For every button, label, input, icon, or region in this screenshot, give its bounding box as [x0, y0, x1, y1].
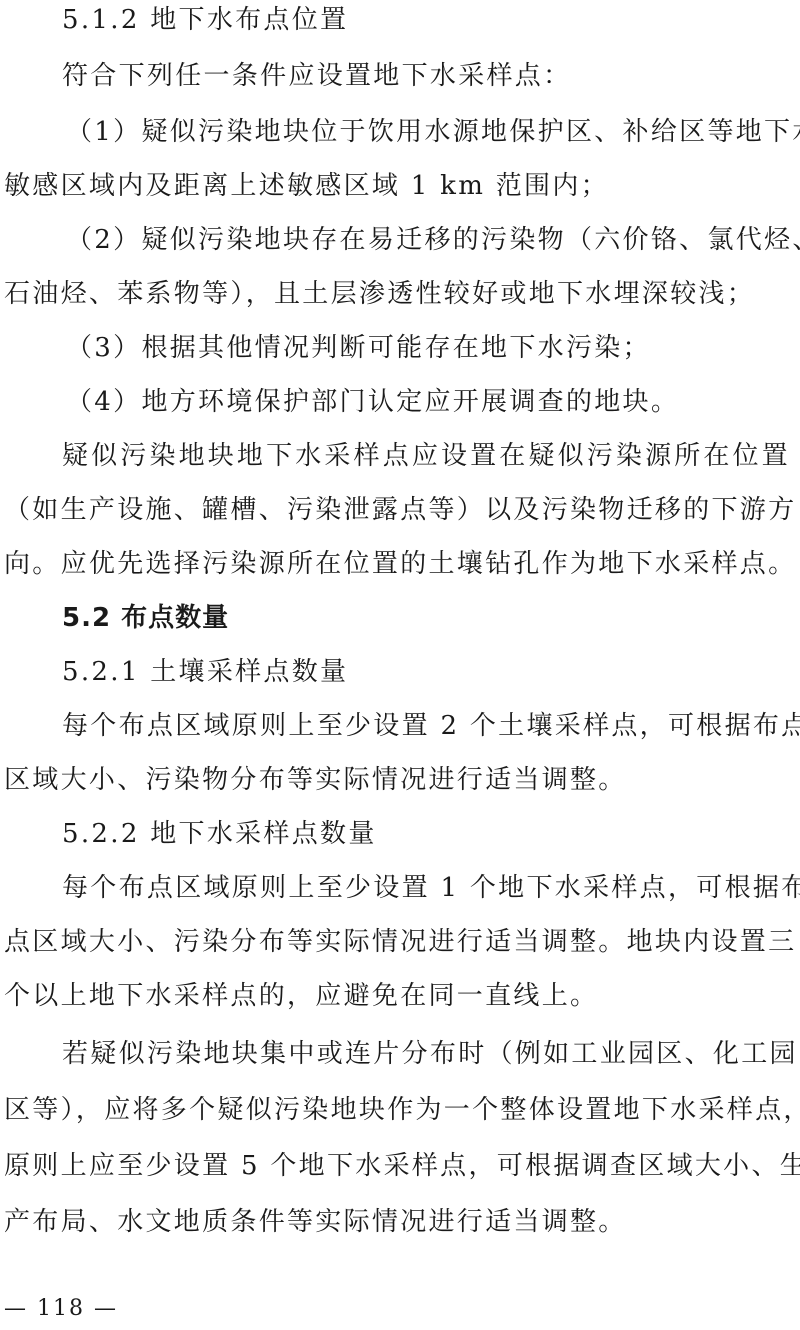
paragraph-line: （如生产设施、罐槽、污染泄露点等）以及污染物迁移的下游方	[4, 492, 794, 528]
paragraph-line: 区等），应将多个疑似污染地块作为一个整体设置地下水采样点，	[4, 1092, 794, 1128]
page-number: — 118 —	[4, 1294, 118, 1324]
paragraph-line: 产布局、水文地质条件等实际情况进行适当调整。	[4, 1204, 794, 1240]
list-item-1-line-1: （1）疑似污染地块位于饮用水源地保护区、补给区等地下水	[66, 114, 790, 150]
paragraph-line: 疑似污染地块地下水采样点应设置在疑似污染源所在位置	[62, 438, 790, 474]
paragraph-line: 每个布点区域原则上至少设置 1 个地下水采样点，可根据布	[62, 870, 790, 906]
section-heading-5-1-2: 5.1.2 地下水布点位置	[62, 2, 800, 38]
paragraph-line: 每个布点区域原则上至少设置 2 个土壤采样点，可根据布点	[62, 708, 790, 744]
paragraph-line: 点区域大小、污染分布等实际情况进行适当调整。地块内设置三	[4, 924, 794, 960]
document-page: 5.1.2 地下水布点位置 符合下列任一条件应设置地下水采样点： （1）疑似污染…	[0, 0, 800, 1330]
list-item-1-line-2: 敏感区域内及距离上述敏感区域 1 km 范围内；	[4, 168, 794, 204]
paragraph-line: 向。应优先选择污染源所在位置的土壤钻孔作为地下水采样点。	[4, 546, 794, 582]
paragraph-line: 原则上应至少设置 5 个地下水采样点，可根据调查区域大小、生	[4, 1148, 794, 1184]
list-item-4: （4）地方环境保护部门认定应开展调查的地块。	[66, 384, 800, 420]
paragraph-line: 个以上地下水采样点的，应避免在同一直线上。	[4, 978, 794, 1014]
section-intro: 符合下列任一条件应设置地下水采样点：	[62, 58, 800, 94]
list-item-3: （3）根据其他情况判断可能存在地下水污染；	[66, 330, 800, 366]
paragraph-line: 若疑似污染地块集中或连片分布时（例如工业园区、化工园	[62, 1036, 790, 1072]
section-heading-5-2-1: 5.2.1 土壤采样点数量	[62, 654, 800, 690]
list-item-2-line-2: 石油烃、苯系物等），且土层渗透性较好或地下水埋深较浅；	[4, 276, 794, 312]
section-heading-5-2-2: 5.2.2 地下水采样点数量	[62, 816, 800, 852]
section-heading-5-2: 5.2 布点数量	[62, 600, 800, 636]
list-item-2-line-1: （2）疑似污染地块存在易迁移的污染物（六价铬、氯代烃、	[66, 222, 790, 258]
paragraph-line: 区域大小、污染物分布等实际情况进行适当调整。	[4, 762, 794, 798]
